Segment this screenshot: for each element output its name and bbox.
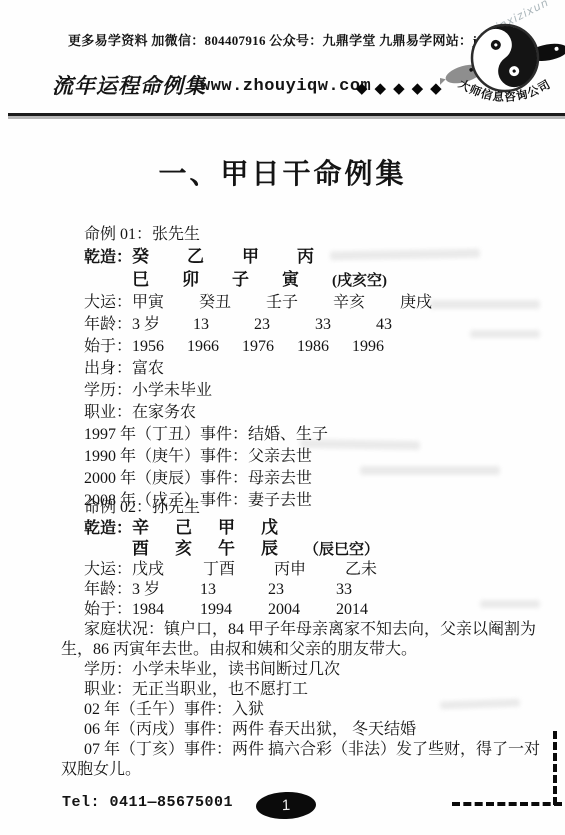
branch: 亥: [175, 539, 218, 559]
start-year: 1966: [187, 336, 242, 358]
start-year-row: 始于：1984199420042014: [84, 600, 544, 620]
info-line: 职业：无正当职业，也不愿打工: [84, 680, 544, 700]
phone-number: Tel: 0411—85675001: [62, 794, 233, 811]
event-line: 1990 年（庚午）事件：父亲去世: [84, 446, 544, 468]
bleed-through-smudge: [480, 600, 540, 608]
age: 3 岁: [132, 580, 200, 600]
age: 23: [254, 314, 315, 336]
event-line-wrap: 双胞女儿。: [61, 760, 544, 780]
age: 23: [268, 580, 336, 600]
start-label: 始于：: [84, 601, 132, 618]
case-heading: 命例 02：孙先生: [84, 498, 544, 518]
start-year: 1956: [132, 336, 187, 358]
page-number-badge: 1: [256, 791, 317, 820]
dayun-pillar: 癸丑: [199, 292, 266, 314]
info-line: 出身：富农: [84, 358, 544, 380]
qianzao-label: 乾造：: [84, 249, 132, 266]
info-line-wrap: 生，86 丙寅年去世。由叔和姨和父亲的朋友带大。: [61, 640, 544, 660]
case-block-02: 命例 02：孙先生 乾造：辛己甲戊 酉亥午辰（辰巳空） 大运：戊戌丁酉丙申乙未 …: [84, 498, 544, 780]
info-line: 职业：在家务农: [84, 402, 544, 424]
branch: 辰: [261, 539, 304, 559]
dayun-pillar: 乙未: [345, 560, 416, 580]
start-year: 1976: [242, 336, 297, 358]
event-line: 07 年（丁亥）事件：两件 搞六合彩（非法）发了些财，得了一对: [84, 740, 544, 760]
earthly-branches-row: 巳卯子寅(戌亥空): [84, 269, 544, 292]
dayun-pillar: 戊戌: [132, 560, 203, 580]
info-line: 学历：小学未毕业: [84, 380, 544, 402]
stem: 戊: [261, 518, 304, 538]
diamond-ornaments: ◆◆◆◆◆: [356, 79, 449, 97]
dayun-pillar: 丙申: [274, 560, 345, 580]
stem: 辛: [132, 518, 175, 538]
page-corner-dashed-border-vertical: [553, 731, 557, 805]
event-line: 06 年（丙戌）事件：两件 春天出狱， 冬天结婚: [84, 720, 544, 740]
age: 33: [336, 580, 404, 600]
branch: 寅: [282, 269, 332, 291]
info-line: 家庭状况：镇户口，84 甲子年母亲离家不知去向，父亲以阉割为: [84, 620, 544, 640]
age: 3 岁: [132, 314, 193, 336]
dayun-pillar: 丁酉: [203, 560, 274, 580]
branch: 卯: [182, 269, 232, 291]
age: 43: [376, 314, 437, 336]
start-year-row: 始于：19561966197619861996: [84, 336, 544, 358]
age-label: 年龄：: [84, 581, 132, 598]
branch: 子: [232, 269, 282, 291]
dayun-row: 大运：戊戌丁酉丙申乙未: [84, 560, 544, 580]
yinyang-fish-logo-icon: 大师信息咨询公司: [440, 8, 565, 120]
book-title: 流年运程命例集: [52, 70, 206, 100]
header-divider-rule: [8, 113, 565, 116]
kongwang-note: （辰巳空）: [304, 542, 379, 558]
age: 13: [193, 314, 254, 336]
info-line: 学历：小学未毕业，读书间断过几次: [84, 660, 544, 680]
branch: 巳: [132, 269, 182, 291]
stem: 癸: [132, 246, 187, 268]
start-label: 始于：: [84, 338, 132, 355]
page-corner-dashed-border-horizontal: [452, 802, 562, 806]
dayun-pillar: 辛亥: [333, 292, 400, 314]
dayun-pillar: 壬子: [266, 292, 333, 314]
yinyang-icon: [472, 13, 550, 93]
age: 13: [200, 580, 268, 600]
page-title: 一、甲日干命例集: [0, 152, 565, 192]
stem: 甲: [218, 518, 261, 538]
stem: 甲: [242, 246, 297, 268]
case-heading: 命例 01：张先生: [84, 224, 544, 246]
start-year: 2014: [336, 600, 404, 620]
dayun-label: 大运：: [84, 561, 132, 578]
bleed-through-smudge: [360, 466, 500, 475]
start-year: 1996: [352, 336, 407, 358]
start-year: 2004: [268, 600, 336, 620]
age-label: 年龄：: [84, 316, 132, 333]
website-url: www.zhouyiqw.com: [200, 77, 371, 96]
start-year: 1994: [200, 600, 268, 620]
dayun-pillar: 甲寅: [132, 292, 199, 314]
dayun-label: 大运：: [84, 294, 132, 311]
age-row: 年龄：3 岁132333: [84, 580, 544, 600]
bleed-through-smudge: [470, 330, 540, 338]
age: 33: [315, 314, 376, 336]
heavenly-stems-row: 乾造：辛己甲戊: [84, 518, 544, 539]
earthly-branches-row: 酉亥午辰（辰巳空）: [84, 539, 544, 560]
start-year: 1984: [132, 600, 200, 620]
kongwang-note: (戌亥空): [332, 273, 387, 289]
bleed-through-smudge: [430, 300, 540, 309]
branch: 午: [218, 539, 261, 559]
stem: 乙: [187, 246, 242, 268]
qianzao-label: 乾造：: [84, 520, 132, 537]
stem: 己: [175, 518, 218, 538]
branch: 酉: [132, 539, 175, 559]
start-year: 1986: [297, 336, 352, 358]
